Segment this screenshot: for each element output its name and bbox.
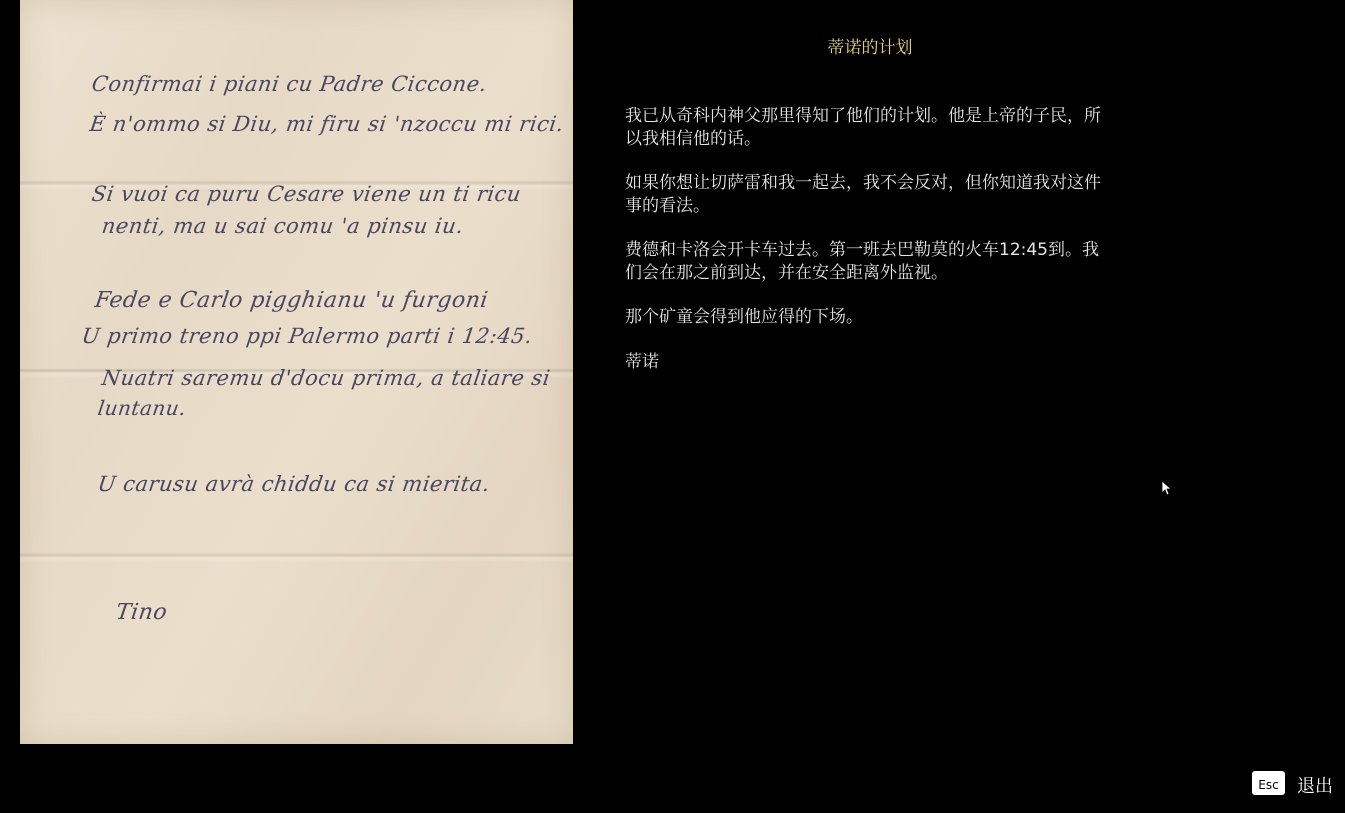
handwritten-line: Fede e Carlo pigghianu 'u furgoni (93, 288, 489, 313)
esc-key-label: Esc (1258, 778, 1278, 792)
translation-paragraph: 那个矿童会得到他应得的下场。 (625, 306, 1115, 329)
translation-paragraph: 如果你想让切萨雷和我一起去，我不会反对，但你知道我对这件事的看法。 (625, 172, 1115, 217)
handwritten-line: È n'ommo si Diu, mi firu si 'nzoccu mi r… (88, 112, 565, 136)
handwritten-line: luntanu. (96, 396, 188, 420)
handwritten-line: U carusu avrà chiddu ca si mierita. (96, 472, 491, 496)
translation-paragraph: 费德和卡洛会开卡车过去。第一班去巴勒莫的火车12:45到。我们会在那之前到达，并… (625, 239, 1115, 284)
handwritten-line: U primo treno ppi Palermo parti i 12:45. (80, 324, 534, 348)
handwritten-signature: Tino (114, 600, 169, 625)
handwritten-line: Si vuoi ca puru Cesare viene un ti ricu (90, 182, 522, 206)
mouse-pointer-icon (1161, 480, 1171, 496)
handwritten-line: Confirmai i piani cu Padre Ciccone. (90, 72, 488, 96)
handwritten-line: Nuatri saremu d'docu prima, a taliare si (100, 366, 552, 390)
translation-signature: 蒂诺 (625, 351, 1115, 374)
letter-document-image: Confirmai i piani cu Padre Ciccone. È n'… (20, 0, 573, 744)
exit-button[interactable]: 退出 (1297, 772, 1333, 798)
handwritten-line: nenti, ma u sai comu 'a pinsu iu. (100, 214, 465, 238)
translation-paragraph: 我已从奇科内神父那里得知了他们的计划。他是上帝的子民，所以我相信他的话。 (625, 105, 1115, 150)
translation-body: 我已从奇科内神父那里得知了他们的计划。他是上帝的子民，所以我相信他的话。 如果你… (625, 105, 1115, 395)
translation-title: 蒂诺的计划 (620, 33, 1120, 58)
esc-key-icon[interactable]: Esc (1252, 771, 1285, 795)
